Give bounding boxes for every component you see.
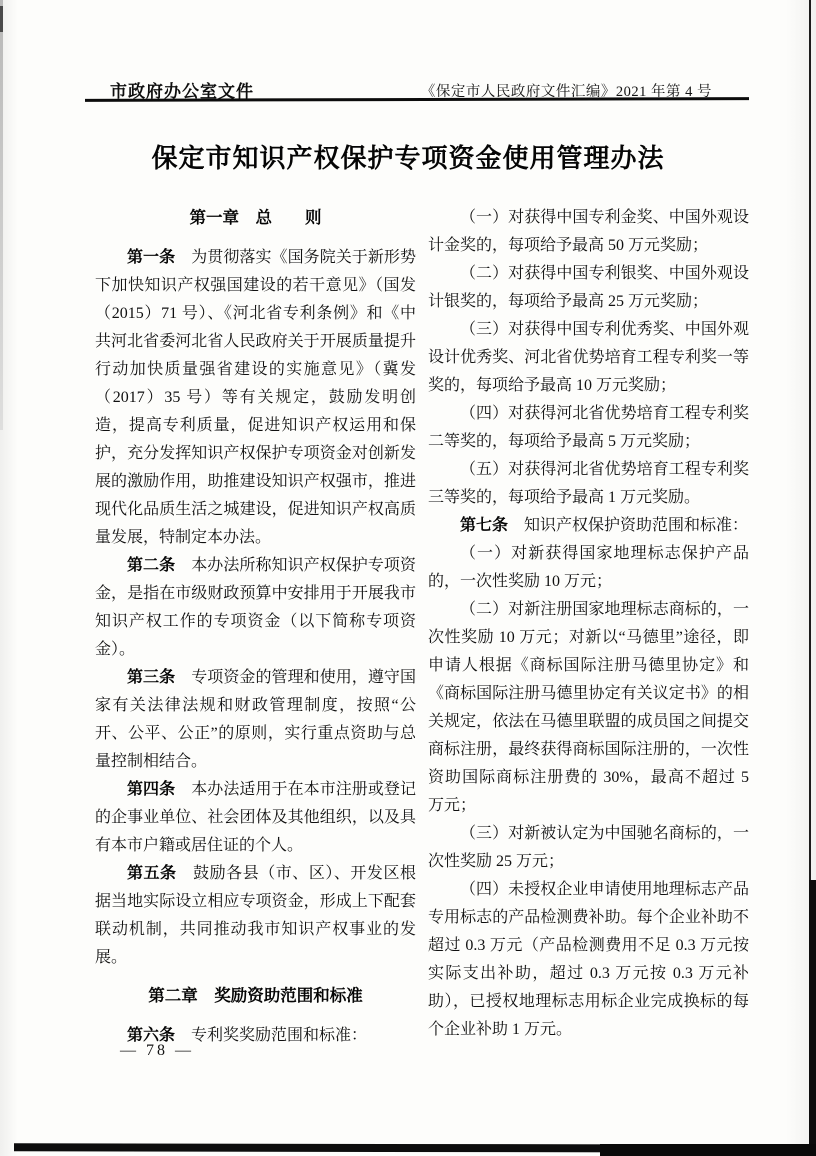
paragraph: （二）对获得中国专利银奖、中国外观设计银奖的，每项给予最高 25 万元奖励； bbox=[428, 260, 749, 316]
scan-left-streak bbox=[0, 0, 3, 430]
paragraph: （五）对获得河北省优势培育工程专利奖三等奖的，每项给予最高 1 万元奖励。 bbox=[428, 456, 749, 512]
paragraph: 第一条 为贯彻落实《国务院关于新形势下加快知识产权强国建设的若干意见》（国发（2… bbox=[95, 244, 416, 552]
column-right: （一）对获得中国专利金奖、中国外观设计金奖的，每项给予最高 50 万元奖励；（二… bbox=[428, 204, 749, 1050]
paragraph: （一）对获得中国专利金奖、中国外观设计金奖的，每项给予最高 50 万元奖励； bbox=[428, 204, 749, 260]
body-columns: 第一章 总 则第一条 为贯彻落实《国务院关于新形势下加快知识产权强国建设的若干意… bbox=[95, 204, 749, 1050]
paragraph: 第二条 本办法所称知识产权保护专项资金，是指在市级财政预算中安排用于开展我市知识… bbox=[95, 552, 416, 664]
paragraph: （三）对新被认定为中国驰名商标的，一次性奖励 25 万元； bbox=[428, 820, 749, 876]
document-page: 市政府办公室文件 《保定市人民政府文件汇编》2021 年第 4 号 保定市知识产… bbox=[0, 0, 816, 1156]
paragraph: 第五条 鼓励各县（市、区）、开发区根据当地实际设立相应专项资金，形成上下配套联动… bbox=[95, 860, 416, 972]
chapter-heading: 第二章 奖励资助范围和标准 bbox=[95, 982, 416, 1010]
article-label: 第一条 bbox=[127, 249, 191, 266]
chapter-heading: 第一章 总 则 bbox=[95, 204, 416, 232]
paragraph: 第七条 知识产权保护资助范围和标准： bbox=[428, 512, 749, 540]
article-label: 第四条 bbox=[127, 781, 191, 798]
column-left: 第一章 总 则第一条 为贯彻落实《国务院关于新形势下加快知识产权强国建设的若干意… bbox=[95, 204, 416, 1050]
article-label: 第三条 bbox=[127, 669, 191, 686]
paragraph: 第四条 本办法适用于在本市注册或登记的企事业单位、社会团体及其他组织，以及具有本… bbox=[95, 776, 416, 860]
scan-corner-mark bbox=[0, 6, 3, 32]
article-label: 第五条 bbox=[127, 865, 193, 882]
paragraph: 第三条 专项资金的管理和使用，遵守国家有关法律法规和财政管理制度，按照“公开、公… bbox=[95, 664, 416, 776]
header-rule bbox=[85, 97, 749, 102]
paragraph: （二）对新注册国家地理标志商标的，一次性奖励 10 万元；对新以“马德里”途径，… bbox=[428, 596, 749, 820]
paragraph: （四）未授权企业申请使用地理标志产品专用标志的产品检测费补助。每个企业补助不超过… bbox=[428, 876, 749, 1044]
article-label: 第二条 bbox=[127, 557, 191, 574]
page-number: — 78 — bbox=[120, 1042, 194, 1060]
paragraph: （一）对新获得国家地理标志保护产品的，一次性奖励 10 万元； bbox=[428, 540, 749, 596]
paragraph: （三）对获得中国专利优秀奖、中国外观设计优秀奖、河北省优势培育工程专利奖一等奖的… bbox=[428, 316, 749, 400]
scan-edge-bottom-right bbox=[600, 1144, 816, 1156]
scan-edge-right-thick bbox=[809, 880, 816, 1156]
document-title: 保定市知识产权保护专项资金使用管理办法 bbox=[0, 138, 816, 175]
article-label: 第七条 bbox=[460, 517, 524, 534]
paragraph: （四）对获得河北省优势培育工程专利奖二等奖的，每项给予最高 5 万元奖励； bbox=[428, 400, 749, 456]
